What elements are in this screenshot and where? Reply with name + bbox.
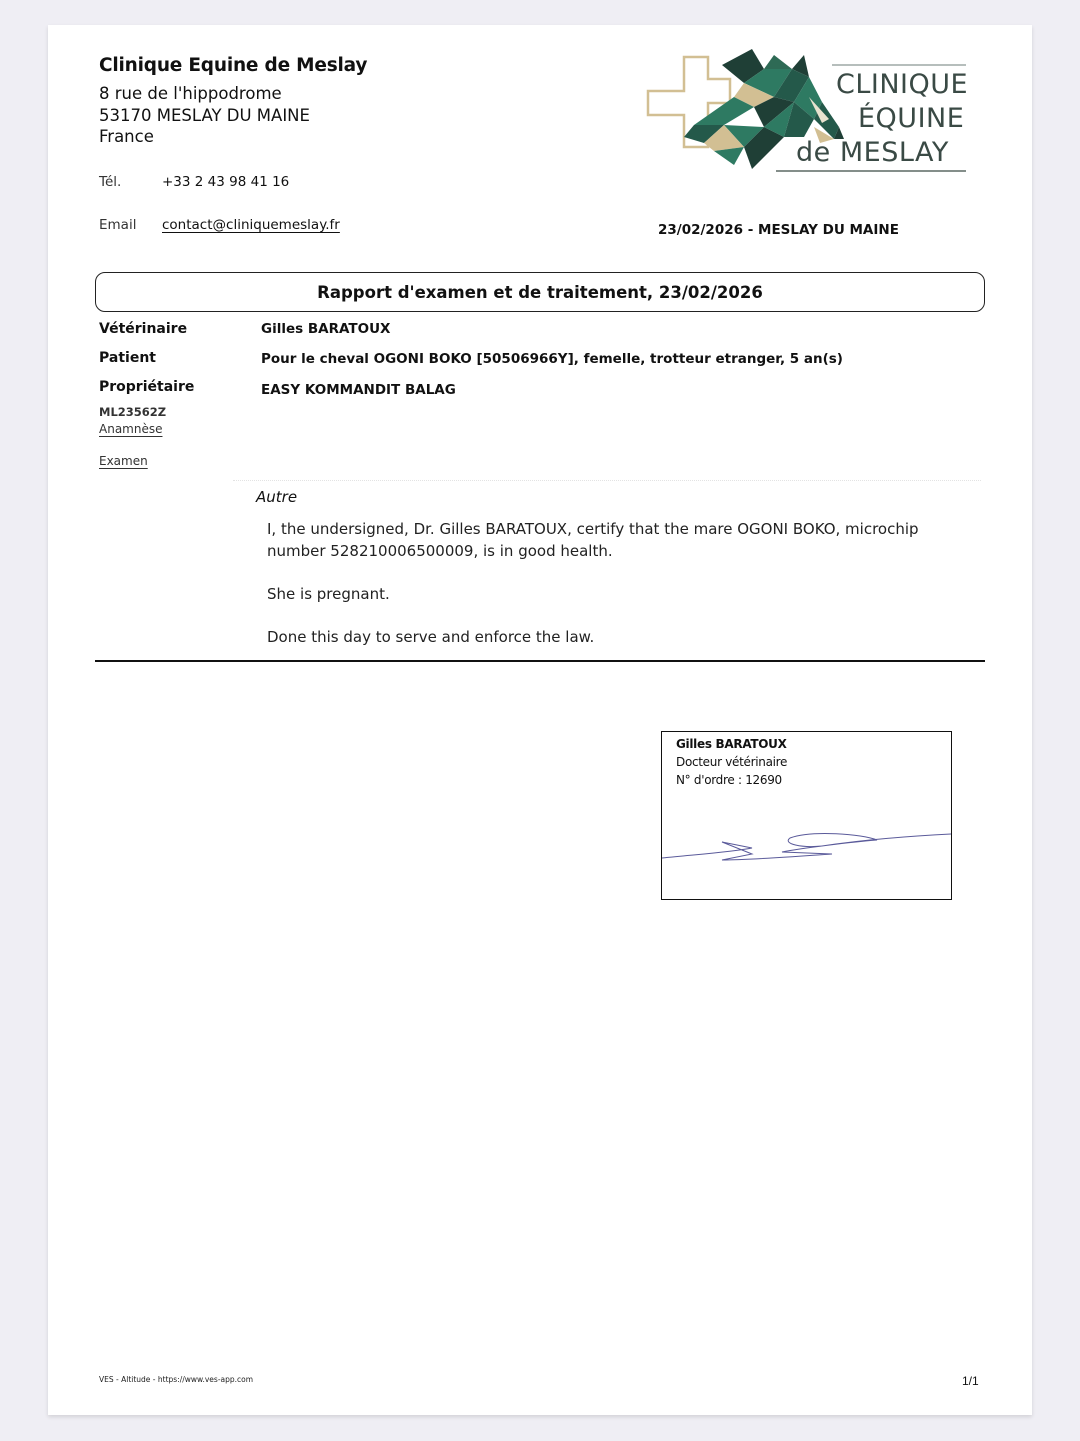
clinic-logo: CLINIQUE ÉQUINE de MESLAY — [644, 47, 974, 177]
address-line: 53170 MESLAY DU MAINE — [99, 105, 310, 127]
date-place: 23/02/2026 - MESLAY DU MAINE — [658, 222, 899, 238]
signature-order-number: N° d'ordre : 12690 — [676, 773, 782, 787]
logo-line3: de MESLAY — [796, 139, 949, 166]
exam-body: I, the undersigned, Dr. Gilles BARATOUX,… — [267, 519, 967, 670]
signature-box: Gilles BARATOUX Docteur vétérinaire N° d… — [661, 731, 952, 900]
report-title: Rapport d'examen et de traitement, 23/02… — [95, 272, 985, 312]
owner-label: Propriétaire — [99, 379, 194, 395]
signature-title: Docteur vétérinaire — [676, 755, 787, 769]
vet-value: Gilles BARATOUX — [261, 321, 390, 337]
email-label: Email — [99, 217, 136, 233]
report-title-text: Rapport d'examen et de traitement, 23/02… — [317, 283, 763, 302]
clinic-address: 8 rue de l'hippodrome 53170 MESLAY DU MA… — [99, 83, 310, 148]
section-link-examen[interactable]: Examen — [99, 454, 148, 468]
exam-paragraph: Done this day to serve and enforce the l… — [267, 627, 967, 649]
document-page: Clinique Equine de Meslay 8 rue de l'hip… — [48, 25, 1032, 1415]
signature-name: Gilles BARATOUX — [676, 737, 787, 751]
patient-label: Patient — [99, 350, 156, 366]
phone-value: +33 2 43 98 41 16 — [162, 174, 289, 190]
exam-paragraph: I, the undersigned, Dr. Gilles BARATOUX,… — [267, 519, 967, 562]
section-divider — [233, 480, 981, 481]
phone-label: Tél. — [99, 174, 121, 190]
content-end-rule — [95, 660, 985, 662]
vet-label: Vétérinaire — [99, 321, 187, 337]
address-line: France — [99, 126, 310, 148]
footer-credit: VES - Altitude - https://www.ves-app.com — [99, 1375, 253, 1384]
patient-value: Pour le cheval OGONI BOKO [50506966Y], f… — [261, 351, 843, 367]
section-link-anamnese[interactable]: Anamnèse — [99, 422, 162, 436]
logo-line2: ÉQUINE — [858, 105, 964, 132]
page-number: 1/1 — [962, 1374, 979, 1388]
email-link[interactable]: contact@cliniquemeslay.fr — [162, 217, 340, 233]
address-line: 8 rue de l'hippodrome — [99, 83, 310, 105]
handwritten-signature-icon — [662, 812, 951, 872]
clinic-name: Clinique Equine de Meslay — [99, 55, 367, 76]
owner-code: ML23562Z — [99, 405, 166, 419]
owner-value: EASY KOMMANDIT BALAG — [261, 382, 456, 398]
exam-subheading: Autre — [256, 488, 297, 506]
exam-paragraph: She is pregnant. — [267, 584, 967, 606]
logo-line1: CLINIQUE — [836, 71, 968, 98]
